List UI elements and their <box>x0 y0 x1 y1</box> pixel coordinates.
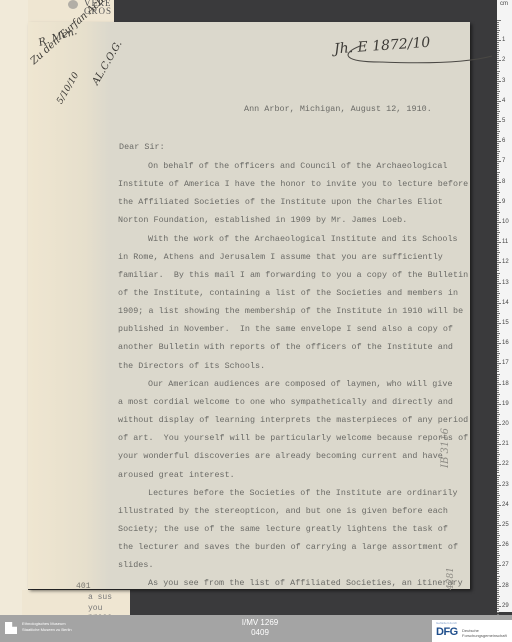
letter-line: in Rome, Athens and Jerusalem I assume t… <box>118 252 443 262</box>
ruler-tick <box>497 273 500 274</box>
ruler-tick <box>497 357 499 358</box>
ruler-tick <box>497 313 500 314</box>
ruler-tick <box>497 283 501 284</box>
ruler-tick <box>497 608 499 609</box>
ruler-tick <box>497 432 499 433</box>
ruler-tick <box>497 420 499 421</box>
letter-line: without display of learning interprets t… <box>118 415 468 425</box>
ruler-tick <box>497 105 499 106</box>
ruler-tick <box>497 329 499 330</box>
ruler-tick <box>497 325 499 326</box>
ruler-tick <box>497 355 499 356</box>
ruler-tick <box>497 517 499 518</box>
ruler-tick <box>497 555 500 556</box>
ruler-tick <box>497 460 499 461</box>
ruler-tick <box>497 317 499 318</box>
ruler-tick <box>497 497 499 498</box>
ruler-tick <box>497 533 499 534</box>
ruler-tick <box>497 541 499 542</box>
dfg-logo-icon: DFG <box>436 626 458 638</box>
ruler-tick <box>497 133 499 134</box>
ruler-tick <box>497 44 499 45</box>
ruler-tick <box>497 232 500 233</box>
ruler-tick <box>497 182 501 183</box>
ruler-tick <box>497 440 499 441</box>
ruler-label: 15 <box>502 320 509 326</box>
inventory-label: I/MV 1269 0409 <box>240 618 280 638</box>
ruler-tick <box>497 309 499 310</box>
letter-line: Lectures before the Societies of the Ins… <box>148 488 458 498</box>
ruler-tick <box>497 149 499 150</box>
ruler-tick <box>497 527 499 528</box>
ruler-label: 21 <box>502 441 509 447</box>
letter-line: of art. You yourself will be particularl… <box>118 433 468 443</box>
bottom-underlying-sheet: a sus you prese <box>22 590 130 615</box>
ruler-tick <box>497 477 499 478</box>
ruler-tick <box>497 139 499 140</box>
ruler-tick <box>497 91 500 92</box>
ruler-tick <box>497 525 501 526</box>
ruler-tick <box>497 446 499 447</box>
ruler-label: 23 <box>502 482 509 488</box>
ruler-tick <box>497 79 499 80</box>
ruler-tick <box>497 75 499 76</box>
ruler-tick <box>497 24 499 25</box>
ruler-label: 28 <box>502 583 509 589</box>
ruler-tick <box>497 398 499 399</box>
ruler-tick <box>497 470 499 471</box>
ruler-tick <box>497 169 499 170</box>
ruler-tick <box>497 529 499 530</box>
ruler-tick <box>497 545 501 546</box>
ruler-tick <box>497 521 499 522</box>
ruler-tick <box>497 32 499 33</box>
letter-line: familiar. By this mail I am forwarding t… <box>118 270 468 280</box>
ruler-tick <box>497 62 499 63</box>
emblem-icon <box>68 0 78 9</box>
ruler-tick <box>497 305 499 306</box>
ruler-tick <box>497 481 499 482</box>
ruler-tick <box>497 186 499 187</box>
letter-line: On behalf of the officers and Council of… <box>148 161 447 171</box>
ruler-tick <box>497 418 499 419</box>
ruler-label: 17 <box>502 360 509 366</box>
ruler-tick <box>497 452 499 453</box>
ruler-tick <box>497 584 499 585</box>
ruler-tick <box>497 501 499 502</box>
ruler-tick <box>497 392 499 393</box>
ruler-tick <box>497 180 499 181</box>
ruler-tick <box>497 258 499 259</box>
ruler-tick <box>497 151 500 152</box>
ruler-tick <box>497 299 499 300</box>
ruler-tick <box>497 404 501 405</box>
ruler-tick <box>497 438 499 439</box>
ruler-tick <box>497 466 499 467</box>
ruler-tick <box>497 580 499 581</box>
ruler-tick <box>497 34 499 35</box>
ruler-tick <box>497 464 501 465</box>
ruler-tick <box>497 303 501 304</box>
ruler-tick <box>497 295 499 296</box>
ruler-tick <box>497 281 499 282</box>
letter-line: of the Institute, containing a list of t… <box>118 288 458 298</box>
ruler-tick <box>497 198 499 199</box>
ruler-tick <box>497 353 500 354</box>
letter-line: Society; the use of the same lecture gre… <box>118 524 448 534</box>
ruler-tick <box>497 38 499 39</box>
ruler-tick <box>497 307 499 308</box>
ruler-tick <box>497 224 499 225</box>
ruler-tick <box>497 485 501 486</box>
letter-line: Institute of America I have the honor to… <box>118 179 468 189</box>
ruler-tick <box>497 571 499 572</box>
ruler-tick <box>497 323 501 324</box>
ruler-tick <box>497 254 499 255</box>
letter-line: the lecturer and saves the burden of car… <box>118 542 458 552</box>
ruler-label: 10 <box>502 219 509 225</box>
ruler-tick <box>497 586 501 587</box>
ruler-tick <box>497 40 501 41</box>
ruler-tick <box>497 479 499 480</box>
ruler-tick <box>497 52 499 53</box>
ruler-tick <box>497 167 499 168</box>
ruler-tick <box>497 279 499 280</box>
ruler-tick <box>497 450 499 451</box>
ruler-tick <box>497 384 501 385</box>
ruler-tick <box>497 202 501 203</box>
ruler-tick <box>497 73 499 74</box>
ruler-tick <box>497 188 499 189</box>
ruler-label: 25 <box>502 522 509 528</box>
ruler-tick <box>497 277 499 278</box>
ruler-tick <box>497 380 499 381</box>
ruler-tick <box>497 238 499 239</box>
ruler-tick <box>497 242 501 243</box>
ruler-tick <box>497 20 501 21</box>
ruler-tick <box>497 190 499 191</box>
ruler-tick <box>497 442 499 443</box>
ruler-tick <box>497 244 499 245</box>
ruler-tick <box>497 293 500 294</box>
ruler-label: 18 <box>502 381 509 387</box>
ruler-tick <box>497 212 500 213</box>
ruler-tick <box>497 515 500 516</box>
ruler-tick <box>497 266 499 267</box>
ruler-tick <box>497 192 500 193</box>
ruler-tick <box>497 228 499 229</box>
ruler-tick <box>497 590 499 591</box>
ruler-tick <box>497 582 499 583</box>
ruler-tick <box>497 600 499 601</box>
ruler-tick <box>497 153 499 154</box>
ruler-tick <box>497 410 499 411</box>
ruler-tick <box>497 535 500 536</box>
ruler-label: 24 <box>502 502 509 508</box>
ruler-tick <box>497 374 500 375</box>
ruler-tick <box>497 83 499 84</box>
letter-line: 1909; a list showing the membership of t… <box>118 306 463 316</box>
ruler-tick <box>497 503 499 504</box>
ruler-tick <box>497 606 501 607</box>
ruler-tick <box>497 367 499 368</box>
ruler-tick <box>497 208 499 209</box>
ruler-tick <box>497 576 500 577</box>
ruler-tick <box>497 131 500 132</box>
ruler-tick <box>497 333 500 334</box>
ruler-tick <box>497 505 501 506</box>
ruler-tick <box>497 81 501 82</box>
ruler-tick <box>497 472 499 473</box>
ruler-tick <box>497 390 499 391</box>
ruler-label: 6 <box>502 138 505 144</box>
ruler-tick <box>497 396 499 397</box>
ruler-tick <box>497 125 499 126</box>
letter-line: the Affiliated Societies of the Institut… <box>118 197 443 207</box>
ruler-tick <box>497 321 499 322</box>
ruler-tick <box>497 406 499 407</box>
ruler-tick <box>497 549 499 550</box>
ruler-tick <box>497 246 499 247</box>
ruler-tick <box>497 143 499 144</box>
ruler-tick <box>497 101 501 102</box>
ruler-tick <box>497 519 499 520</box>
ruler-tick <box>497 416 499 417</box>
ruler-tick <box>497 174 499 175</box>
ruler-tick <box>497 176 499 177</box>
ruler-tick <box>497 430 499 431</box>
ruler-tick <box>497 268 499 269</box>
ruler-tick <box>497 250 499 251</box>
ruler-tick <box>497 206 499 207</box>
ruler-tick <box>497 48 499 49</box>
letter-line: the Directors of its Schools. <box>118 361 265 371</box>
ruler-tick <box>497 543 499 544</box>
footer-bar: Ethnologisches Museum Staatliche Museen … <box>0 615 512 642</box>
ruler-tick <box>497 311 499 312</box>
ruler-tick <box>497 137 499 138</box>
ruler-tick <box>497 220 499 221</box>
ruler-tick <box>497 157 499 158</box>
ruler-tick <box>497 537 499 538</box>
ruler-tick <box>497 30 500 31</box>
ruler-tick <box>497 56 499 57</box>
ruler-tick <box>497 499 499 500</box>
ruler-tick <box>497 596 500 597</box>
ruler-tick <box>497 557 499 558</box>
letter-line: Our American audiences are composed of l… <box>148 379 453 389</box>
ruler-tick <box>497 226 499 227</box>
ruler-label: 2 <box>502 57 505 63</box>
ruler-label: 26 <box>502 542 509 548</box>
ruler-tick <box>497 22 499 23</box>
ruler-tick <box>497 115 499 116</box>
ruler-label: 20 <box>502 421 509 427</box>
letter-line: Norton Foundation, established in 1909 b… <box>118 215 407 225</box>
ruler-tick <box>497 147 499 148</box>
ruler-label: 11 <box>502 239 508 245</box>
ruler-tick <box>497 93 499 94</box>
ruler-tick <box>497 87 499 88</box>
ruler-tick <box>497 178 499 179</box>
ruler-tick <box>497 341 499 342</box>
ruler-tick <box>497 214 499 215</box>
ruler-tick <box>497 567 499 568</box>
ruler-tick <box>497 172 500 173</box>
ruler-tick <box>497 89 499 90</box>
ruler-tick <box>497 262 501 263</box>
ruler-tick <box>497 376 499 377</box>
ruler-tick <box>497 77 499 78</box>
ruler-tick <box>497 339 499 340</box>
ruler-label: 16 <box>502 340 509 346</box>
ruler-tick <box>497 28 499 29</box>
ruler-tick <box>497 111 500 112</box>
ruler-tick <box>497 331 499 332</box>
ruler-tick <box>497 523 499 524</box>
sponsor-logo: Gefördert durch DFG Deutsche Forschungsg… <box>432 620 512 642</box>
ruler-tick <box>497 444 501 445</box>
letter-line: your wonderful discoveries are already b… <box>118 451 443 461</box>
ruler-label: 29 <box>502 603 509 609</box>
ruler-tick <box>497 236 499 237</box>
ruler-tick <box>497 216 499 217</box>
ruler-tick <box>497 54 499 55</box>
ruler-tick <box>497 107 499 108</box>
ruler-tick <box>497 458 499 459</box>
letter-line: illustrated by the stereopticon, and but… <box>118 506 448 516</box>
letter-line: another Bulletin with reports of the off… <box>118 342 453 352</box>
ruler-tick <box>497 347 499 348</box>
ruler-tick <box>497 117 499 118</box>
ruler-tick <box>497 602 499 603</box>
letter-line: aroused great interest. <box>118 470 235 480</box>
ruler-tick <box>497 414 500 415</box>
ruler-tick <box>497 489 499 490</box>
ruler-tick <box>497 573 499 574</box>
letter-line: slides. <box>118 560 154 570</box>
ruler-tick <box>497 270 499 271</box>
ruler-tick <box>497 491 499 492</box>
ruler-tick <box>497 369 499 370</box>
letter-line: published in November. In the same envel… <box>118 324 453 334</box>
ruler-tick <box>497 610 499 611</box>
ruler-tick <box>497 234 499 235</box>
ruler-tick <box>497 400 499 401</box>
ruler-tick <box>497 563 499 564</box>
ruler-tick <box>497 141 501 142</box>
ruler-tick <box>497 165 499 166</box>
ruler-tick <box>497 210 499 211</box>
ruler-tick <box>497 60 501 61</box>
ruler-tick <box>497 260 499 261</box>
measurement-ruler: cm 1234567891011121314151617181920212223… <box>497 0 512 612</box>
ruler-tick <box>497 50 500 51</box>
ruler-tick <box>497 349 499 350</box>
ruler-tick <box>497 351 499 352</box>
ruler-tick <box>497 194 499 195</box>
ruler-tick <box>497 256 499 257</box>
ruler-tick <box>497 127 499 128</box>
ruler-tick <box>497 184 499 185</box>
ruler-tick <box>497 135 499 136</box>
ruler-tick <box>497 531 499 532</box>
ruler-tick <box>497 493 499 494</box>
ruler-tick <box>497 222 501 223</box>
ruler-tick <box>497 99 499 100</box>
ruler-tick <box>497 483 499 484</box>
ruler-label: 13 <box>502 280 509 286</box>
ruler-tick <box>497 559 499 560</box>
ruler-tick <box>497 365 499 366</box>
ruler-label: 22 <box>502 461 509 467</box>
ruler-tick <box>497 196 499 197</box>
ruler-tick <box>497 612 499 613</box>
ruler-tick <box>497 36 499 37</box>
ruler-tick <box>497 509 499 510</box>
ruler-label: 27 <box>502 562 509 568</box>
ruler-tick <box>497 287 499 288</box>
ruler-tick <box>497 394 500 395</box>
ruler-label: 7 <box>502 158 505 164</box>
ruler-tick <box>497 204 499 205</box>
ruler-tick <box>497 248 499 249</box>
ruler-tick <box>497 592 499 593</box>
ruler-tick <box>497 475 500 476</box>
ruler-tick <box>497 129 499 130</box>
bottom-left-number: 401 <box>76 582 91 591</box>
ruler-tick <box>497 218 499 219</box>
ruler-tick <box>497 113 499 114</box>
ruler-tick <box>497 363 501 364</box>
ruler-tick <box>497 97 499 98</box>
ruler-tick <box>497 551 499 552</box>
ruler-tick <box>497 345 499 346</box>
ruler-tick <box>497 511 499 512</box>
ruler-tick <box>497 462 499 463</box>
ruler-label: 1 <box>502 37 505 43</box>
ruler-tick <box>497 434 500 435</box>
ruler-tick <box>497 68 499 69</box>
letter-line: With the work of the Archaeological Inst… <box>148 234 458 244</box>
ruler-tick <box>497 163 499 164</box>
ruler-tick <box>497 145 499 146</box>
ruler-tick <box>497 161 501 162</box>
ruler-tick <box>497 301 499 302</box>
ruler-tick <box>497 42 499 43</box>
ruler-tick <box>497 436 499 437</box>
back-sheet-left <box>0 0 28 615</box>
ruler-tick <box>497 155 499 156</box>
ruler-tick <box>497 315 499 316</box>
ruler-tick <box>497 291 499 292</box>
ruler-tick <box>497 424 501 425</box>
ruler-tick <box>497 382 499 383</box>
ruler-label: 14 <box>502 300 509 306</box>
ruler-tick <box>497 402 499 403</box>
ruler-tick <box>497 71 500 72</box>
ruler-tick <box>497 454 500 455</box>
ruler-tick <box>497 588 499 589</box>
letter-line: a most cordial welcome to one who sympat… <box>118 397 453 407</box>
ruler-label: 12 <box>502 259 509 265</box>
ruler-tick <box>497 109 499 110</box>
ruler-tick <box>497 386 499 387</box>
ruler-tick <box>497 547 499 548</box>
ruler-tick <box>497 569 499 570</box>
ruler-tick <box>497 378 499 379</box>
ruler-tick <box>497 422 499 423</box>
